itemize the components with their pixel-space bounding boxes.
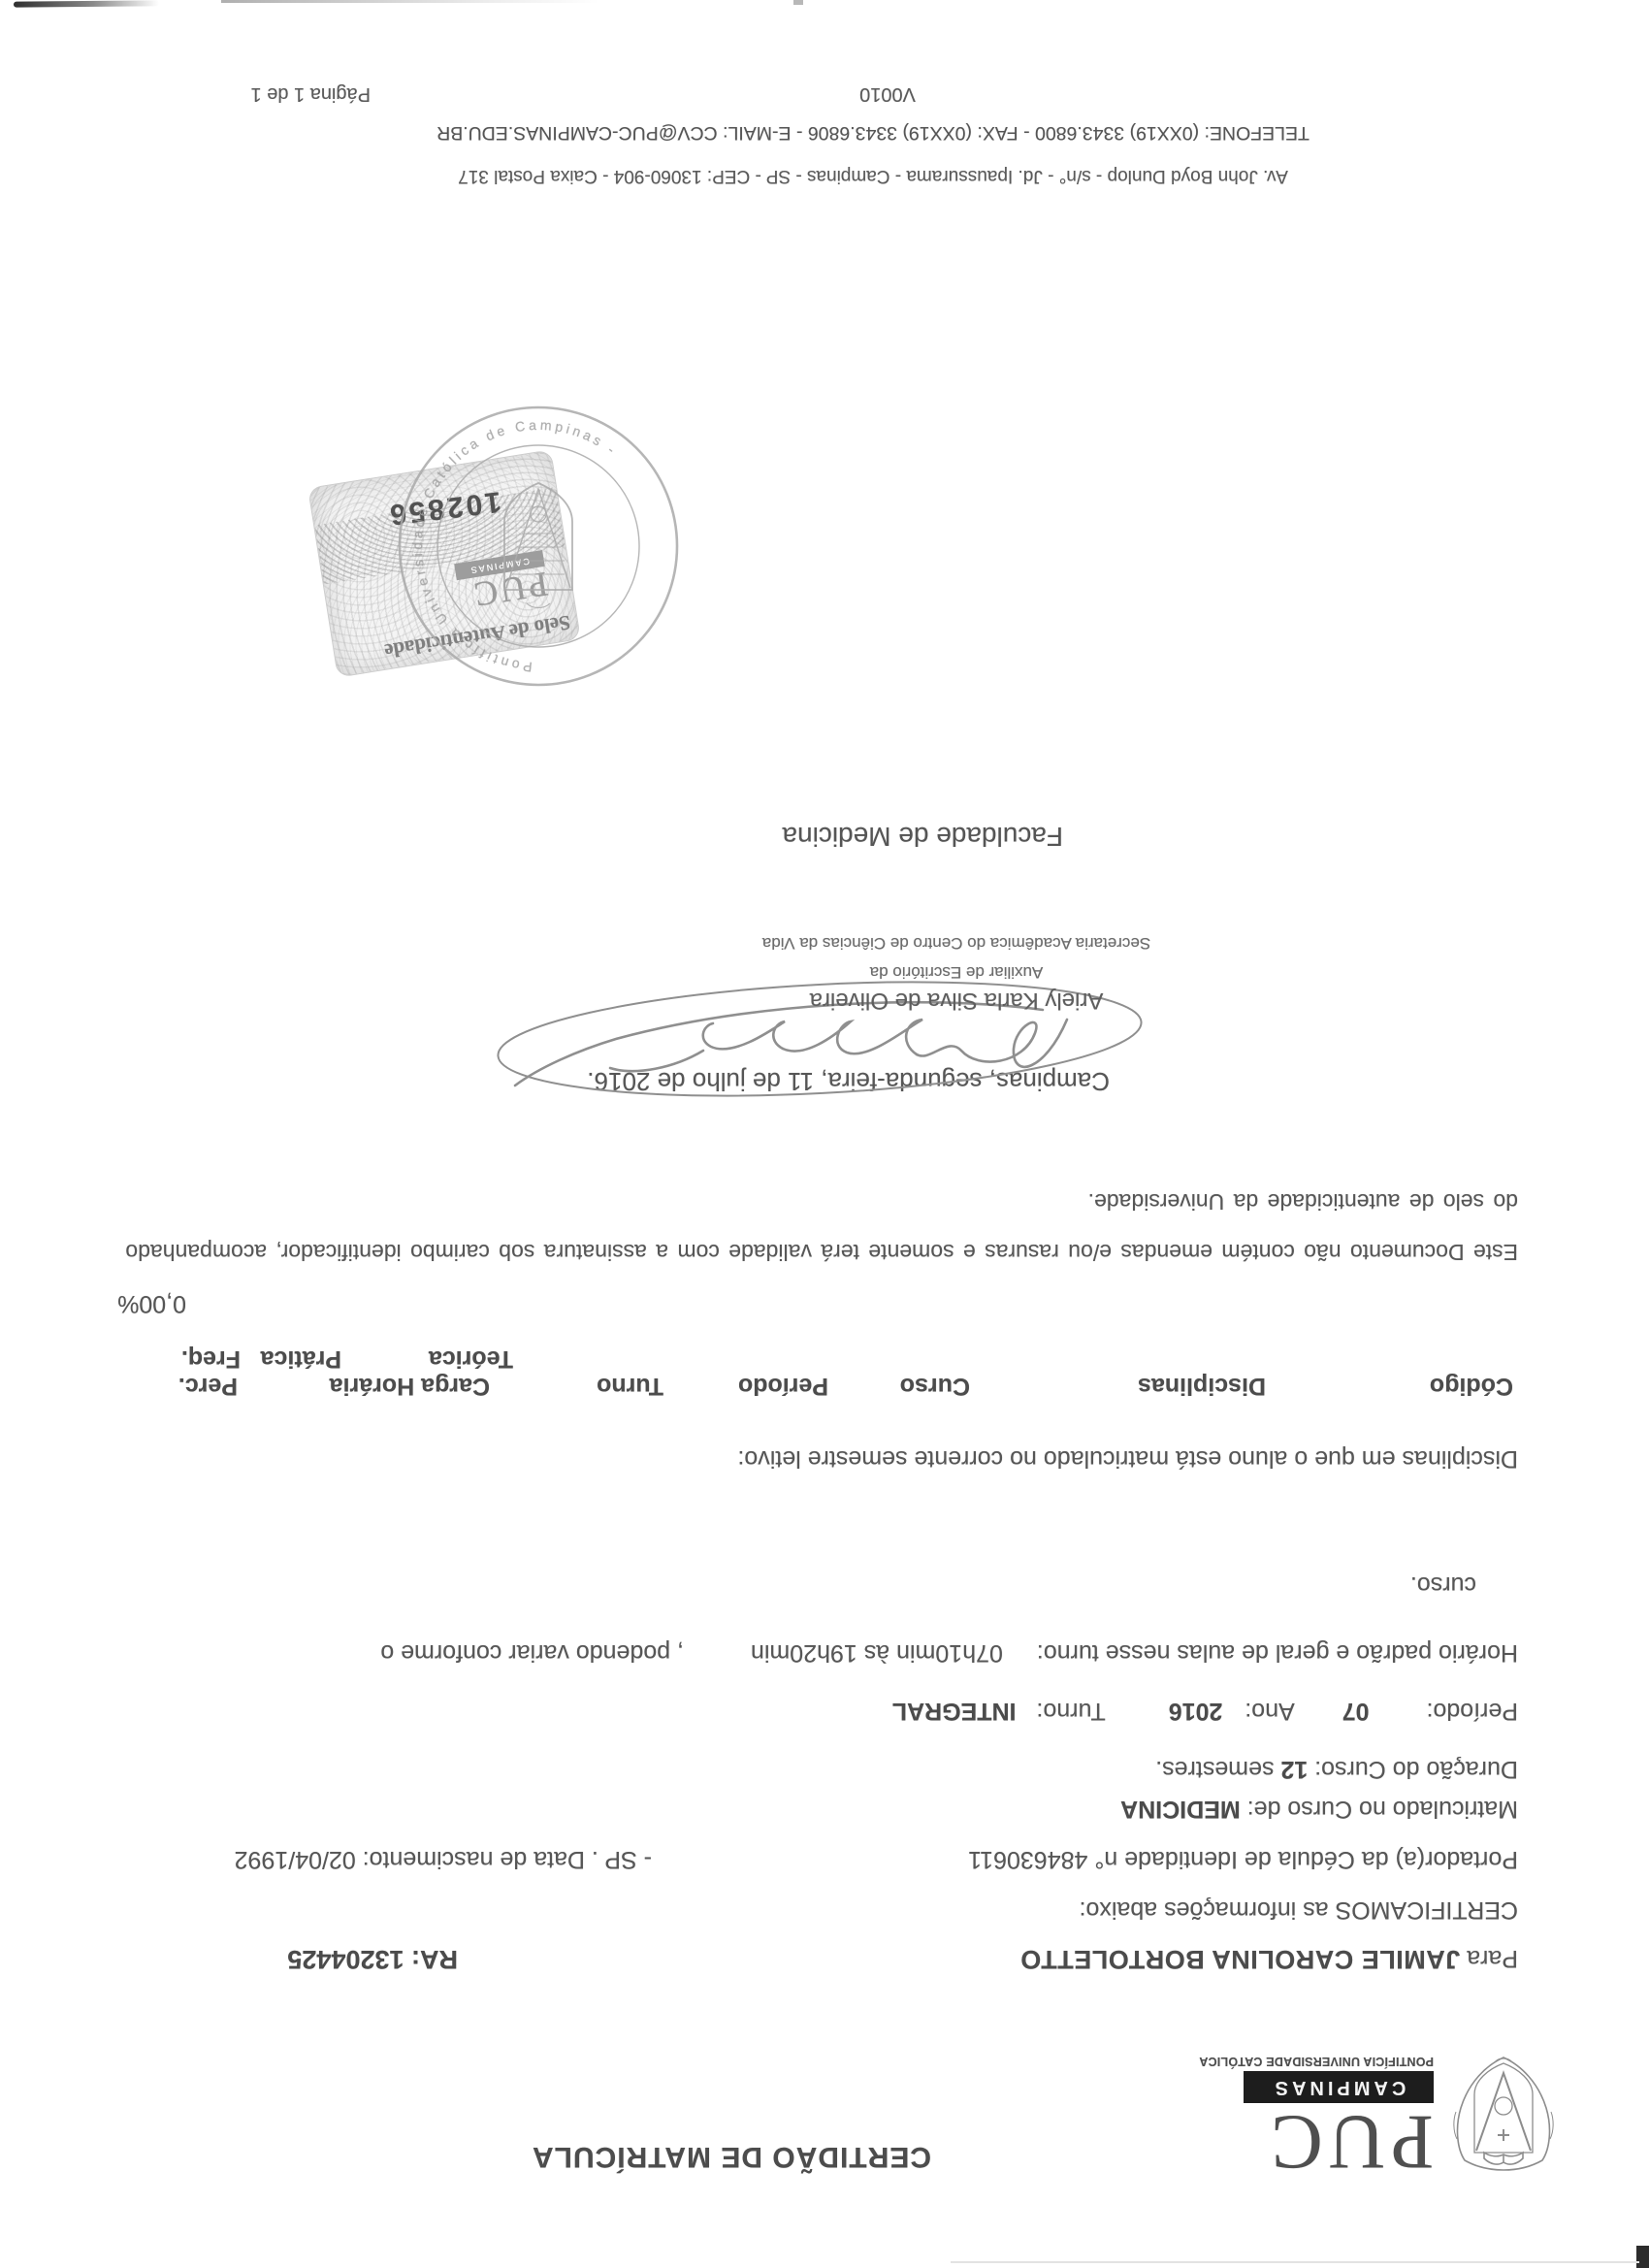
col-header-disciplinas: Disciplinas xyxy=(1138,1372,1266,1400)
col-header-periodo: Período xyxy=(738,1372,828,1400)
disciplines-table-header: Código Disciplinas Curso Período Turno C… xyxy=(0,1104,1649,2268)
col-header-teorica: Teórica xyxy=(429,1345,513,1373)
scan-artifact-mark xyxy=(793,0,803,5)
footer-contact: TELEFONE: (0XX19) 3343.6800 - FAX: (0XX1… xyxy=(339,121,1406,144)
document-rotated-180: PUC CAMPINAS PONTIFÍCIA UNIVERSIDADE CAT… xyxy=(0,0,1649,2268)
disclaimer-line-1: Este Documento não contém emendas e/ou r… xyxy=(125,1239,1518,1265)
col-header-carga-horaria: Carga Horária xyxy=(330,1372,490,1400)
signer-role: Auxiliar de Escritório da xyxy=(762,962,1150,982)
scan-artifact-hairline xyxy=(951,2261,1639,2263)
round-university-stamp: Pontifícia Universidade Católica de Camp… xyxy=(388,396,689,697)
footer-address: Av. John Boyd Dunlop - s/n° - Jd. Ipauss… xyxy=(339,165,1406,186)
col-header-curso: Curso xyxy=(900,1372,970,1400)
scanned-enrollment-certificate: PUC CAMPINAS PONTIFÍCIA UNIVERSIDADE CAT… xyxy=(0,0,1649,2268)
scan-artifact-corner-mark xyxy=(1636,2246,1649,2268)
footer-version: V0010 xyxy=(829,82,946,105)
faculty-name: Faculdade de Medicina xyxy=(782,821,1063,852)
svg-text:Pontifícia Universidade Católi: Pontifícia Universidade Católica de Camp… xyxy=(409,417,621,675)
scan-artifact-streak xyxy=(221,0,599,3)
signer-name: Ariely Karla Silva de Oliveira xyxy=(762,987,1150,1014)
col-header-pratica: Prática xyxy=(261,1345,341,1373)
footer-page-number: Página 1 de 1 xyxy=(251,82,371,105)
authenticity-seal-group: Selo de Autenticidade PUC CAMPINAS 10285… xyxy=(301,376,689,697)
col-header-turno: Turno xyxy=(597,1372,663,1400)
col-header-codigo: Código xyxy=(1430,1372,1513,1400)
disclaimer-line-2: do selo de autenticidade da Universidade… xyxy=(1088,1188,1518,1215)
col-header-perc: Perc. xyxy=(178,1372,238,1400)
stamp-circular-text: Pontifícia Universidade Católica de Camp… xyxy=(409,417,621,675)
col-header-freq: Freq. xyxy=(181,1345,241,1373)
signer-department: Secretaria Acadêmica do Centro de Ciênci… xyxy=(743,933,1170,953)
freq-total-value: 0,00% xyxy=(117,1289,186,1317)
